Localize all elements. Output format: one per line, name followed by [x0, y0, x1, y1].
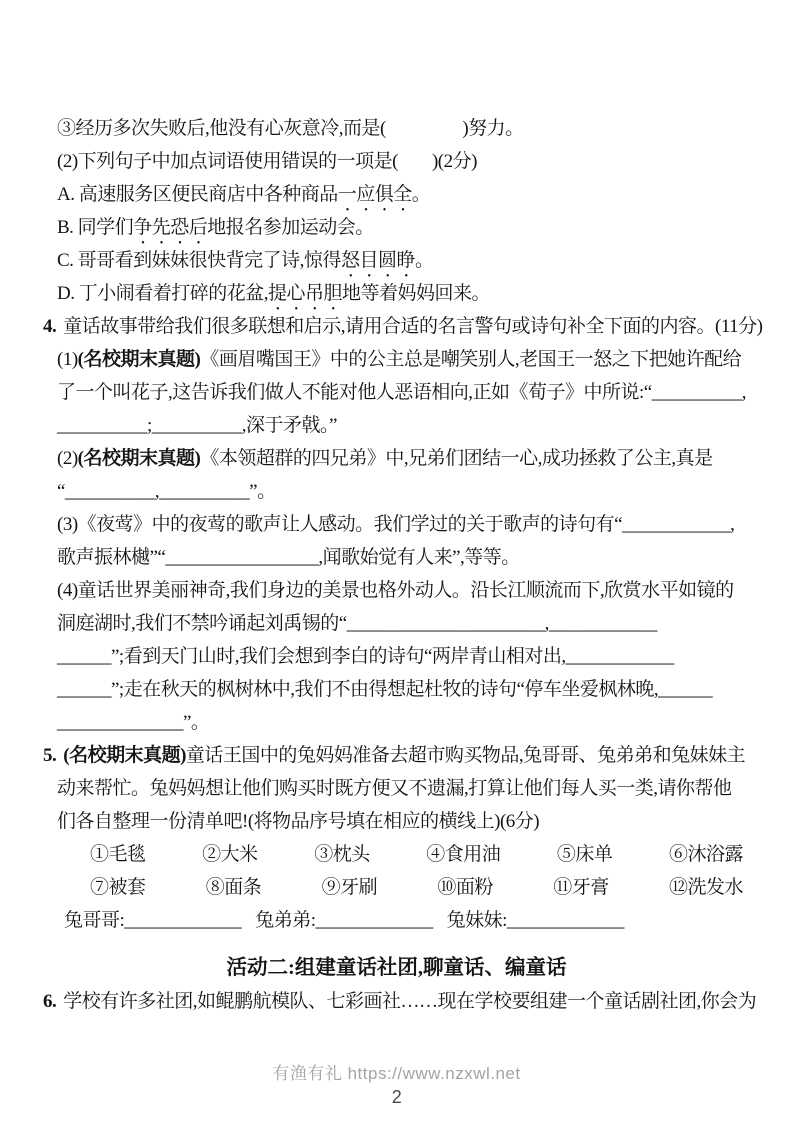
q4-sub3-line2: 歌声振林樾”“_________________,闻歌始觉有人来”,等等。 — [0, 541, 793, 574]
q6-stem-text: 学校有许多社团,如鲲鹏航模队、七彩画社……现在学校要组建一个童话剧社团,你会为 — [63, 991, 756, 1012]
option-a-suffix: 。 — [412, 184, 431, 205]
q4-sub1-text: 《画眉嘴国王》中的公主总是嘲笑别人,老国王一怒之下把她许配给 — [200, 349, 741, 370]
option-a-text: A. 高速服务区便民商店中各种商品 — [57, 184, 338, 205]
option-d-emphasized-word: 提心吊胆 — [268, 283, 342, 304]
q3-option-c: C. 哥哥看到妹妹很快背完了诗,惊得怒目圆睁。 — [0, 244, 793, 277]
q4-sub4-text2: 洞庭湖时,我们不禁吟诵起刘禹锡的“______________________,… — [57, 613, 657, 634]
answer-rabbit-sister: 兔妹妹:_____________ — [447, 904, 624, 937]
q3-option-b: B. 同学们争先恐后地报名参加运动会。 — [0, 211, 793, 244]
page-number: 2 — [0, 1086, 793, 1108]
item-3-zhentou: ③枕头 — [314, 838, 370, 871]
item-9-yashua: ⑨牙刷 — [322, 871, 378, 904]
q5-line2: 动来帮忙。兔妈妈想让他们购买时既方便又不遗漏,打算让他们每人买一类,请你帮他 — [0, 772, 793, 805]
page-footer: 有渔有礼 https://www.nzxwl.net 2 — [0, 1062, 793, 1108]
q3-item3-line: ③经历多次失败后,他没有心灰意冷,而是( )努力。 — [0, 112, 793, 145]
q4-sub1-source-tag: (名校期末真题) — [78, 349, 201, 370]
q4-sub2-source-tag: (名校期末真题) — [78, 448, 201, 469]
option-a-emphasized-word: 一应俱全 — [338, 184, 412, 205]
q5-text2: 动来帮忙。兔妈妈想让他们购买时既方便又不遗漏,打算让他们每人买一类,请你帮他 — [57, 778, 732, 799]
option-c-text: C. 哥哥看到妹妹很快背完了诗,惊得 — [57, 250, 341, 271]
answer-blank: _____________ — [124, 910, 241, 931]
answer-label: 兔哥哥: — [64, 910, 124, 931]
q4-sub2-text2: “__________,__________”。 — [57, 481, 276, 502]
q5-items-row1: ①毛毯 ②大米 ③枕头 ④食用油 ⑤床单 ⑥沐浴露 — [0, 838, 793, 871]
item-12-xifashui: ⑫洗发水 — [669, 871, 743, 904]
item-10-mianfen: ⑩面粉 — [437, 871, 493, 904]
q4-stem-text: 童话故事带给我们很多联想和启示,请用合适的名言警句或诗句补全下面的内容。(11分… — [63, 316, 762, 337]
q3-item3-text: ③经历多次失败后,他没有心灰意冷,而是( )努力。 — [57, 118, 524, 139]
q4-sub1-line2: 了一个叫花子,这告诉我们做人不能对他人恶语相向,正如《荀子》中所说:“_____… — [0, 376, 793, 409]
q4-sub1-text3: __________;__________,深于矛戟。” — [57, 415, 337, 436]
q4-sub2-line2: “__________,__________”。 — [0, 475, 793, 508]
q4-sub3-text: (3)《夜莺》中的夜莺的歌声让人感动。我们学过的关于歌声的诗句有“_______… — [57, 514, 734, 535]
answer-blank: _____________ — [507, 910, 624, 931]
q4-sub4-line5: ______________”。 — [0, 706, 793, 739]
q4-sub4-text5: ______________”。 — [57, 712, 209, 733]
q4-sub1-label: (1) — [57, 349, 78, 370]
q4-sub1-line1: (1)(名校期末真题)《画眉嘴国王》中的公主总是嘲笑别人,老国王一怒之下把她许配… — [0, 343, 793, 376]
option-b-text: B. 同学们 — [57, 217, 133, 238]
exam-page: ③经历多次失败后,他没有心灰意冷,而是( )努力。 (2)下列句子中加点词语使用… — [0, 0, 793, 1018]
watermark-text: 有渔有礼 https://www.nzxwl.net — [0, 1062, 793, 1086]
option-b-emphasized-word: 争先恐后 — [133, 217, 207, 238]
item-4-shiyongyou: ④食用油 — [426, 838, 500, 871]
q4-sub4-line3: ______”;看到天门山时,我们会想到李白的诗句“两岸青山相对出,______… — [0, 640, 793, 673]
q4-sub2-label: (2) — [57, 448, 78, 469]
item-8-miantiao: ⑧面条 — [206, 871, 262, 904]
q4-sub4-text3: ______”;看到天门山时,我们会想到李白的诗句“两岸青山相对出,______… — [57, 646, 674, 667]
option-b-suffix: 地报名参加运动会。 — [207, 217, 374, 238]
q4-sub1-line3: __________;__________,深于矛戟。” — [0, 409, 793, 442]
q3-option-a: A. 高速服务区便民商店中各种商品一应俱全。 — [0, 178, 793, 211]
q5-text3: 们各自整理一份清单吧!(将物品序号填在相应的横线上)(6分) — [57, 811, 539, 832]
q4-sub4-text4: ______”;走在秋天的枫树林中,我们不由得想起杜牧的诗句“停车坐爱枫林晚,_… — [57, 679, 712, 700]
q4-sub4-line4: ______”;走在秋天的枫树林中,我们不由得想起杜牧的诗句“停车坐爱枫林晚,_… — [0, 673, 793, 706]
q4-sub3-line1: (3)《夜莺》中的夜莺的歌声让人感动。我们学过的关于歌声的诗句有“_______… — [0, 508, 793, 541]
q4-stem-line: 4.童话故事带给我们很多联想和启示,请用合适的名言警句或诗句补全下面的内容。(1… — [0, 310, 793, 343]
q5-stem-line: 5.(名校期末真题)童话王国中的兔妈妈准备去超市购买物品,兔哥哥、兔弟弟和兔妹妹… — [0, 739, 793, 772]
q5-items-row2: ⑦被套 ⑧面条 ⑨牙刷 ⑩面粉 ⑪牙膏 ⑫洗发水 — [0, 871, 793, 904]
item-2-dami: ②大米 — [202, 838, 258, 871]
answer-blank: _____________ — [316, 910, 433, 931]
q5-source-tag: (名校期末真题) — [63, 745, 186, 766]
q6-number: 6. — [43, 991, 63, 1012]
option-d-suffix: 地等着妈妈回来。 — [342, 283, 490, 304]
item-7-beitao: ⑦被套 — [90, 871, 146, 904]
q5-number: 5. — [43, 745, 63, 766]
q4-sub4-line1: (4)童话世界美丽神奇,我们身边的美景也格外动人。沿长江顺流而下,欣赏水平如镜的 — [0, 574, 793, 607]
item-11-yagao: ⑪牙膏 — [553, 871, 609, 904]
item-5-chuangdan: ⑤床单 — [557, 838, 613, 871]
q3-sub2-text: (2)下列句子中加点词语使用错误的一项是( )(2分) — [57, 151, 477, 172]
option-c-emphasized-word: 怒目圆睁 — [341, 250, 415, 271]
q3-option-d: D. 丁小闹看着打碎的花盆,提心吊胆地等着妈妈回来。 — [0, 277, 793, 310]
q4-sub4-line2: 洞庭湖时,我们不禁吟诵起刘禹锡的“______________________,… — [0, 607, 793, 640]
answer-rabbit-brother: 兔哥哥:_____________ — [64, 904, 241, 937]
option-c-suffix: 。 — [415, 250, 434, 271]
q4-sub2-line1: (2)(名校期末真题)《本领超群的四兄弟》中,兄弟们团结一心,成功拯救了公主,真… — [0, 442, 793, 475]
answer-rabbit-younger-brother: 兔弟弟:_____________ — [255, 904, 432, 937]
q5-answers-row: 兔哥哥:_____________ 兔弟弟:_____________ 兔妹妹:… — [0, 904, 793, 937]
item-1-maotan: ①毛毯 — [90, 838, 146, 871]
q4-sub3-text2: 歌声振林樾”“_________________,闻歌始觉有人来”,等等。 — [57, 547, 520, 568]
q5-stem-text: 童话王国中的兔妈妈准备去超市购买物品,兔哥哥、兔弟弟和兔妹妹主 — [186, 745, 745, 766]
q3-sub2-line: (2)下列句子中加点词语使用错误的一项是( )(2分) — [0, 145, 793, 178]
item-6-muyulu: ⑥沐浴露 — [669, 838, 743, 871]
q4-sub4-text: (4)童话世界美丽神奇,我们身边的美景也格外动人。沿长江顺流而下,欣赏水平如镜的 — [57, 580, 734, 601]
q4-sub1-text2: 了一个叫花子,这告诉我们做人不能对他人恶语相向,正如《荀子》中所说:“_____… — [57, 382, 746, 403]
answer-label: 兔弟弟: — [255, 910, 315, 931]
q4-sub2-text: 《本领超群的四兄弟》中,兄弟们团结一心,成功拯救了公主,真是 — [200, 448, 712, 469]
q5-line3: 们各自整理一份清单吧!(将物品序号填在相应的横线上)(6分) — [0, 805, 793, 838]
option-d-text: D. 丁小闹看着打碎的花盆, — [57, 283, 268, 304]
q4-number: 4. — [43, 316, 63, 337]
answer-label: 兔妹妹: — [447, 910, 507, 931]
activity2-heading: 活动二:组建童话社团,聊童话、编童话 — [0, 952, 793, 985]
q6-stem-line: 6.学校有许多社团,如鲲鹏航模队、七彩画社……现在学校要组建一个童话剧社团,你会… — [0, 985, 793, 1018]
